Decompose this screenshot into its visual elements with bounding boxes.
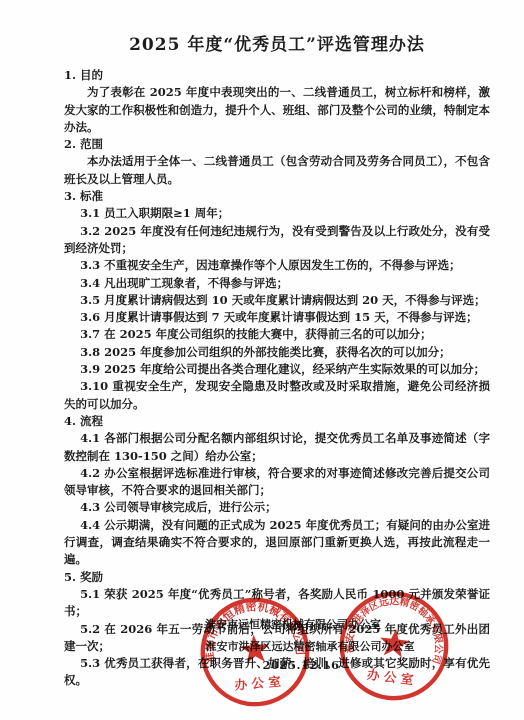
- seal-ring-text: 淮安市洪泽区远达精密轴承有限公司: [342, 589, 451, 666]
- page-title: 2025 年度“优秀员工”评选管理办法: [64, 30, 490, 55]
- seal-office-label: 办 公 室: [366, 667, 414, 688]
- doc-heading: 2. 范围: [64, 136, 490, 153]
- seal-graphic: 淮安市远恒精密机械有限公司 办 公 室: [192, 589, 318, 715]
- doc-item: 3.3 不重视安全生产，因违章操作等个人原因发生工伤的，不得参与评选；: [64, 257, 490, 274]
- doc-item: 3.2 2025 年度没有任何违纪违规行为，没有受到警告及以上行政处分，没有受到…: [64, 223, 490, 258]
- doc-heading: 5. 奖励: [64, 569, 490, 586]
- seal-graphic: 淮安市洪泽区远达精密轴承有限公司 办 公 室: [329, 581, 458, 710]
- document-page: 2025 年度“优秀员工”评选管理办法 1. 目的 为了表彰在 2025 年度中…: [0, 0, 524, 720]
- doc-item: 3.1 员工入职期限≥1 周年；: [64, 205, 490, 222]
- company-seal-right: 淮安市洪泽区远达精密轴承有限公司 办 公 室: [329, 581, 458, 710]
- doc-item: 4.1 各部门根据公司分配名额内部组织讨论，提交优秀员工名单及事迹简述（字数控制…: [64, 430, 490, 465]
- star-icon: [239, 633, 271, 663]
- doc-item: 3.10 重视安全生产，发现安全隐患及时整改或及时采取措施，避免公司经济损失的可…: [64, 378, 490, 413]
- doc-heading: 1. 目的: [64, 67, 490, 84]
- doc-item: 4.2 办公室根据评选标准进行审核，符合要求的对事迹简述修改完善后提交公司领导审…: [64, 465, 490, 500]
- doc-item: 3.4 凡出现旷工现象者，不得参与评选；: [64, 275, 490, 292]
- doc-heading: 3. 标准: [64, 188, 490, 205]
- seal-office-label: 办 公 室: [234, 674, 282, 693]
- doc-item: 3.7 在 2025 年度公司组织的技能大赛中，获得前三名的可以加分；: [64, 326, 490, 343]
- doc-item: 4.4 公示期满，没有问题的正式成为 2025 年度优秀员工；有疑问的由办公室进…: [64, 517, 490, 569]
- doc-item: 3.8 2025 年度参加公司组织的外部技能类比赛，获得名次的可以加分；: [64, 344, 490, 361]
- star-icon: [378, 627, 411, 658]
- doc-item: 3.9 2025 年度给公司提出各类合理化建议，经采纳产生实际效果的可以加分；: [64, 361, 490, 378]
- company-seal-left: 淮安市远恒精密机械有限公司 办 公 室: [192, 589, 318, 715]
- doc-paragraph: 为了表彰在 2025 年度中表现突出的一、二线普通员工，树立标杆和榜样，激发大家…: [64, 84, 490, 136]
- doc-item: 3.5 月度累计请病假达到 10 天或年度累计请病假达到 20 天，不得参与评选…: [64, 292, 490, 309]
- doc-item: 4.3 公司领导审核完成后，进行公示；: [64, 499, 490, 516]
- doc-paragraph: 本办法适用于全体一、二线普通员工（包含劳动合同及劳务合同员工），不包含班长及以上…: [64, 153, 490, 188]
- doc-item: 3.6 月度累计请事假达到 7 天或年度累计请事假达到 15 天，不得参与评选；: [64, 309, 490, 326]
- doc-heading: 4. 流程: [64, 413, 490, 430]
